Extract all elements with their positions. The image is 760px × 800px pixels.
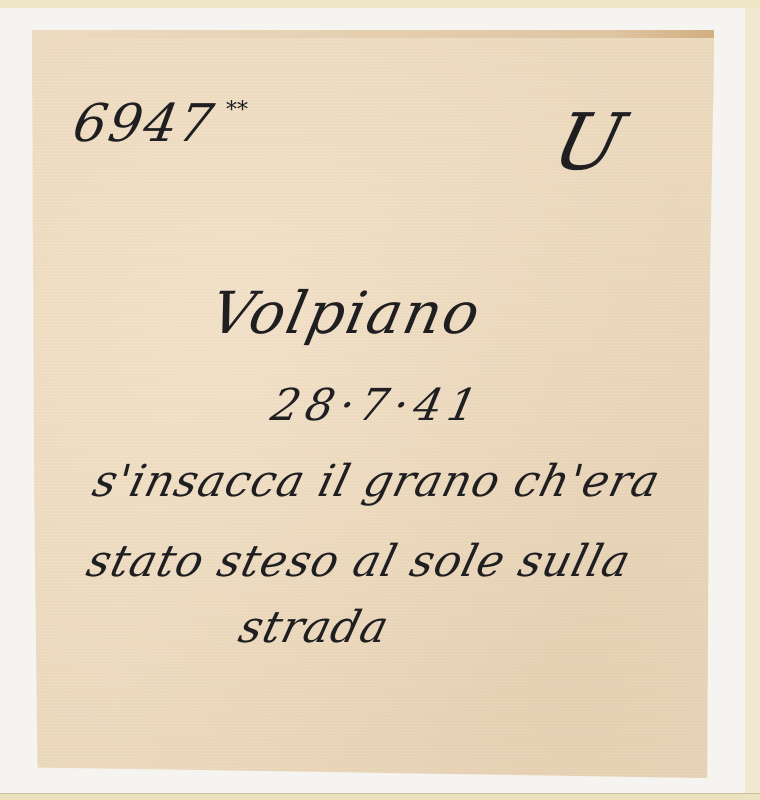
catalog-marks: ** [226,100,248,122]
place-name: Volpiano [206,284,487,342]
note-line: strada [235,606,394,650]
date: 28·7·41 [267,384,486,428]
note-line: stato steso al sole sulla [83,540,636,584]
note-line: s'insacca il grano ch'era [89,460,665,504]
album-page-top-strip [0,0,760,8]
catalog-number: 6947 [69,98,219,150]
album-page-bottom-strip [0,793,760,800]
mounting-board-edge [745,8,760,793]
card-top-stain [32,30,714,38]
